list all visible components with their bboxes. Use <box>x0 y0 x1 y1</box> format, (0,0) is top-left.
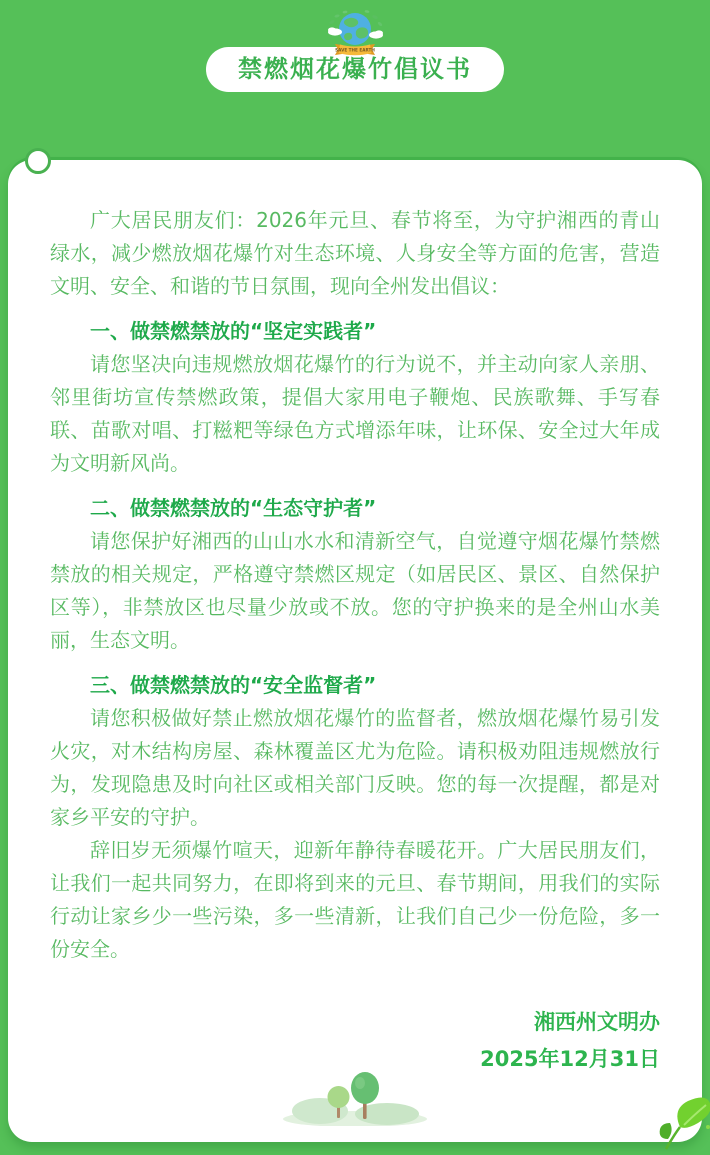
ribbon-text: SAVE THE EARTH <box>335 48 375 53</box>
section-1-heading: 一、做禁燃禁放的“坚定实践者” <box>50 315 660 348</box>
section-2-body: 请您保护好湘西的山山水水和清新空气，自觉遵守烟花爆竹禁燃禁放的相关规定，严格遵守… <box>50 525 660 657</box>
opening-paragraph: 广大居民朋友们：2026年元旦、春节将至，为守护湘西的青山绿水，减少燃放烟花爆竹… <box>50 204 660 303</box>
page-title-text: 禁燃烟花爆竹倡议书 <box>238 55 472 83</box>
closing-paragraph: 辞旧岁无须爆竹喧天，迎新年静待春暖花开。广大居民朋友们，让我们一起共同努力，在即… <box>50 834 660 966</box>
section-2-heading: 二、做禁燃禁放的“生态守护者” <box>50 492 660 525</box>
section-1-body: 请您坚决向违规燃放烟花爆竹的行为说不，并主动向家人亲朋、邻里街坊宣传禁燃政策，提… <box>50 348 660 480</box>
section-3-heading: 三、做禁燃禁放的“安全监督者” <box>50 669 660 702</box>
section-3-body: 请您积极做好禁止燃放烟花爆竹的监督者，燃放烟花爆竹易引发火灾，对木结构房屋、森林… <box>50 702 660 834</box>
punch-hole-decoration <box>25 148 51 174</box>
earth-globe-icon: SAVE THE EARTH <box>323 8 387 56</box>
letter-content: 广大居民朋友们：2026年元旦、春节将至，为守护湘西的青山绿水，减少燃放烟花爆竹… <box>8 160 702 1078</box>
letter-card: 广大居民朋友们：2026年元旦、春节将至，为守护湘西的青山绿水，减少燃放烟花爆竹… <box>8 160 702 1142</box>
signature-block: 湘西州文明办 2025年12月31日 <box>50 1004 660 1078</box>
trees-illustration <box>275 1070 435 1126</box>
leaf-graphic <box>646 1081 710 1151</box>
leaf-decoration-icon <box>646 1081 710 1151</box>
signature-org: 湘西州文明办 <box>50 1004 660 1041</box>
earth-globe-graphic: SAVE THE EARTH <box>323 8 387 56</box>
trees-graphic <box>275 1070 435 1126</box>
